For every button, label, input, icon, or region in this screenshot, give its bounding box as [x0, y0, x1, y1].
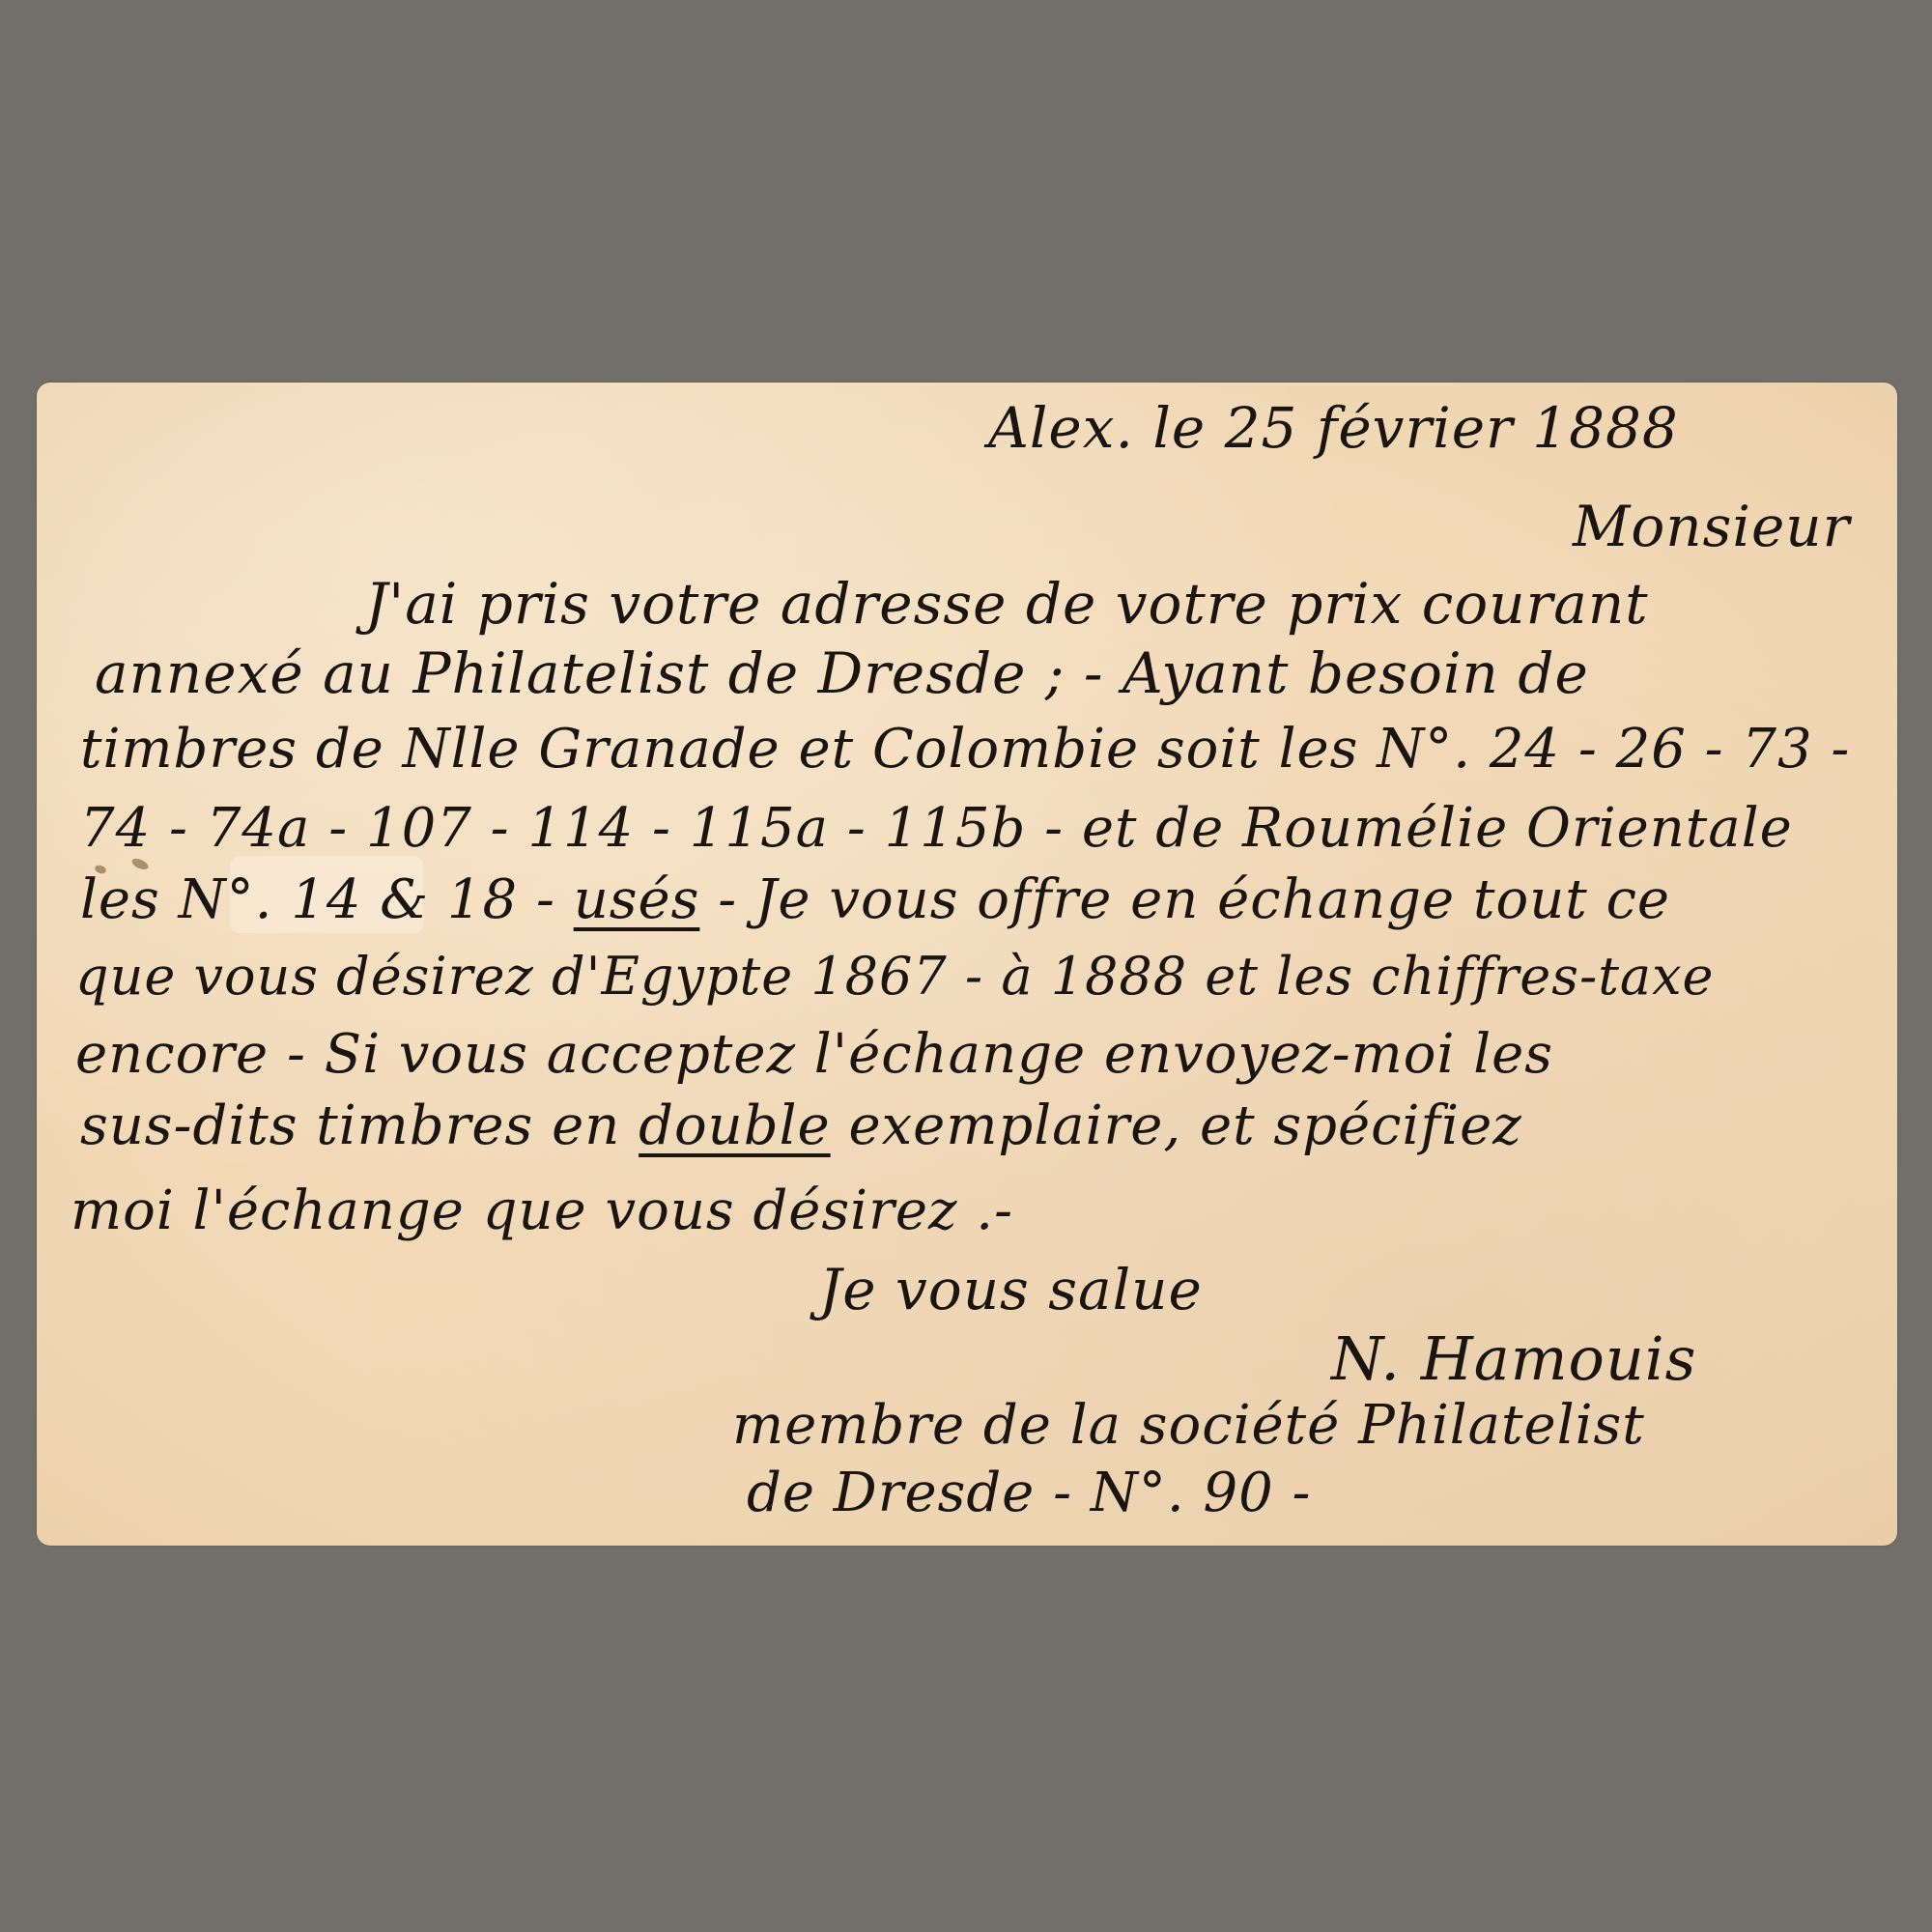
underlined-word-double: double — [639, 1094, 831, 1157]
body-line-9: moi l'échange que vous désirez .- — [71, 1184, 1013, 1238]
salutation: Monsieur — [1573, 498, 1850, 554]
body-line-1: J'ai pris votre adresse de votre prix co… — [365, 576, 1649, 632]
closing: Je vous salue — [819, 1262, 1203, 1318]
body-line-4: 74 - 74a - 107 - 114 - 115a - 115b - et … — [80, 802, 1793, 856]
body-line-8b: exemplaire, et spécifiez — [848, 1094, 1521, 1157]
underlined-word-uses: usés — [574, 868, 700, 931]
body-line-5a: les N°. 14 & 18 - — [80, 868, 555, 931]
membership-line-2: de Dresde - N°. 90 - — [747, 1466, 1311, 1520]
body-line-6: que vous désirez d'Egypte 1867 - à 1888 … — [75, 951, 1715, 1003]
body-line-5: les N°. 14 & 18 - usés - Je vous offre e… — [80, 873, 1670, 927]
scan-background: Alex. le 25 février 1888 Monsieur J'ai p… — [0, 0, 1932, 1932]
body-line-7: encore - Si vous acceptez l'échange envo… — [75, 1028, 1553, 1082]
signature: N. Hamouis — [1331, 1329, 1696, 1389]
body-line-8: sus-dits timbres en double exemplaire, e… — [80, 1099, 1522, 1153]
postcard: Alex. le 25 février 1888 Monsieur J'ai p… — [37, 383, 1897, 1546]
membership-line-1: membre de la société Philatelist — [732, 1399, 1645, 1453]
body-line-2: annexé au Philatelist de Dresde ; - Ayan… — [95, 645, 1589, 701]
dateline: Alex. le 25 février 1888 — [988, 400, 1679, 456]
body-line-8a: sus-dits timbres en — [80, 1094, 620, 1157]
body-line-5b: - Je vous offre en échange tout ce — [718, 868, 1670, 931]
body-line-3: timbres de Nlle Granade et Colombie soit… — [80, 723, 1850, 777]
